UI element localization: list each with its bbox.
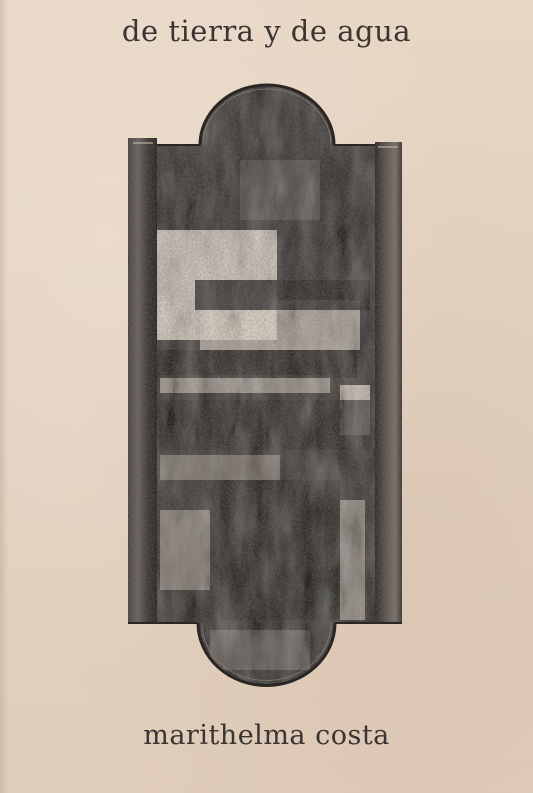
left-column (128, 138, 157, 624)
right-column (375, 142, 402, 624)
cover-artwork (0, 0, 533, 793)
book-cover: de tierra y de agua (0, 0, 533, 793)
central-panel (150, 80, 385, 700)
book-author: marithelma costa (0, 720, 533, 751)
